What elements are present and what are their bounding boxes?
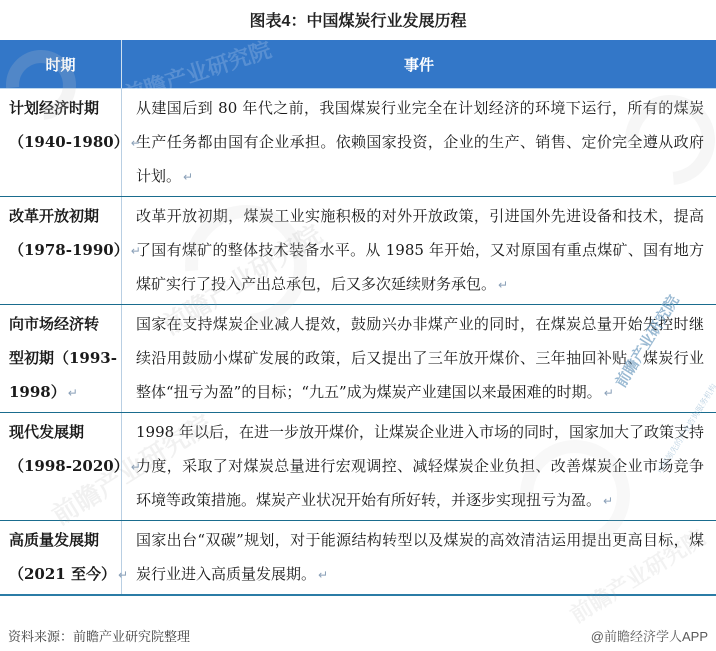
period-line: 计划经济时期 <box>9 91 117 125</box>
period-line: 现代发展期 <box>9 415 117 449</box>
table-row: 计划经济时期（1940-1980）↵ 从建国后到 80 年代之前，我国煤炭行业完… <box>0 89 716 196</box>
period-line-text: 1998） <box>9 383 66 401</box>
period-cell: 高质量发展期（2021 至今）↵ <box>0 521 122 594</box>
header-cell-period: 时期 <box>0 40 122 88</box>
period-cell: 改革开放初期（1978-1990）↵ <box>0 197 122 304</box>
event-cell: 国家出台“双碳”规划，对于能源结构转型以及煤炭的高效清洁运用提出更高目标，煤炭行… <box>122 521 716 594</box>
period-line-text: 向市场经济转 <box>9 315 99 333</box>
event-cell: 改革开放初期，煤炭工业实施积极的对外开放政策，引进国外先进设备和技术，提高了国有… <box>122 197 716 304</box>
period-cell: 向市场经济转型初期（1993-1998）↵ <box>0 305 122 412</box>
period-line: 型初期（1993- <box>9 341 117 375</box>
period-line: （1978-1990）↵ <box>9 233 117 268</box>
event-cell: 国家在支持煤炭企业减人提效，鼓励兴办非煤产业的同时，在煤炭总量开始失控时继续沿用… <box>122 305 716 412</box>
table-header: 时期 事件 <box>0 40 716 89</box>
source-note: 资料来源：前瞻产业研究院整理 <box>8 626 190 645</box>
period-line-text: （1998-2020） <box>9 457 129 475</box>
figure-title: 图表4：中国煤炭行业发展历程 <box>0 8 716 31</box>
event-text: 1998 年以后，在进一步放开煤价，让煤炭企业进入市场的同时，国家加大了政策支持… <box>136 423 704 509</box>
table-row: 高质量发展期（2021 至今）↵ 国家出台“双碳”规划，对于能源结构转型以及煤炭… <box>0 520 716 594</box>
period-line-text: 计划经济时期 <box>9 99 99 117</box>
period-line-text: 改革开放初期 <box>9 207 99 225</box>
data-table: 时期 事件 计划经济时期（1940-1980）↵ 从建国后到 80 年代之前，我… <box>0 40 716 596</box>
period-line: （1940-1980）↵ <box>9 125 117 160</box>
period-line-text: 现代发展期 <box>9 423 84 441</box>
period-line: 向市场经济转 <box>9 307 117 341</box>
period-line: （2021 至今）↵ <box>9 557 117 592</box>
table-row: 现代发展期（1998-2020）↵ 1998 年以后，在进一步放开煤价，让煤炭企… <box>0 412 716 520</box>
brand-note: @前瞻经济学人APP <box>591 626 708 645</box>
period-cell: 计划经济时期（1940-1980）↵ <box>0 89 122 196</box>
event-text: 从建国后到 80 年代之前，我国煤炭行业完全在计划经济的环境下运行，所有的煤炭生… <box>136 99 704 185</box>
event-cell: 从建国后到 80 年代之前，我国煤炭行业完全在计划经济的环境下运行，所有的煤炭生… <box>122 89 716 196</box>
period-line-text: 高质量发展期 <box>9 531 99 549</box>
return-mark: ↵ <box>498 278 508 292</box>
figure-page: 前瞻产业研究院 前瞻产业研究院 前瞻产业研究院 中国领先的产业咨询服务机构 前瞻… <box>0 0 716 651</box>
return-mark: ↵ <box>183 170 193 184</box>
period-line: （1998-2020）↵ <box>9 449 117 484</box>
event-text: 国家在支持煤炭企业减人提效，鼓励兴办非煤产业的同时，在煤炭总量开始失控时继续沿用… <box>136 315 704 401</box>
period-cell: 现代发展期（1998-2020）↵ <box>0 413 122 520</box>
table-row: 向市场经济转型初期（1993-1998）↵ 国家在支持煤炭企业减人提效，鼓励兴办… <box>0 304 716 412</box>
period-line-text: （2021 至今） <box>9 565 116 583</box>
period-line: 1998）↵ <box>9 375 117 410</box>
period-line: 高质量发展期 <box>9 523 117 557</box>
period-line-text: （1978-1990） <box>9 241 129 259</box>
event-cell: 1998 年以后，在进一步放开煤价，让煤炭企业进入市场的同时，国家加大了政策支持… <box>122 413 716 520</box>
return-mark: ↵ <box>604 386 614 400</box>
return-mark: ↵ <box>318 568 328 582</box>
event-text: 改革开放初期，煤炭工业实施积极的对外开放政策，引进国外先进设备和技术，提高了国有… <box>136 207 704 293</box>
period-line: 改革开放初期 <box>9 199 117 233</box>
return-mark: ↵ <box>68 386 78 400</box>
period-line-text: 型初期（1993- <box>9 349 117 367</box>
event-text: 国家出台“双碳”规划，对于能源结构转型以及煤炭的高效清洁运用提出更高目标，煤炭行… <box>136 531 704 583</box>
table-body: 计划经济时期（1940-1980）↵ 从建国后到 80 年代之前，我国煤炭行业完… <box>0 89 716 596</box>
period-line-text: （1940-1980） <box>9 133 129 151</box>
table-row: 改革开放初期（1978-1990）↵ 改革开放初期，煤炭工业实施积极的对外开放政… <box>0 196 716 304</box>
return-mark: ↵ <box>603 494 613 508</box>
header-cell-event: 事件 <box>122 40 716 88</box>
